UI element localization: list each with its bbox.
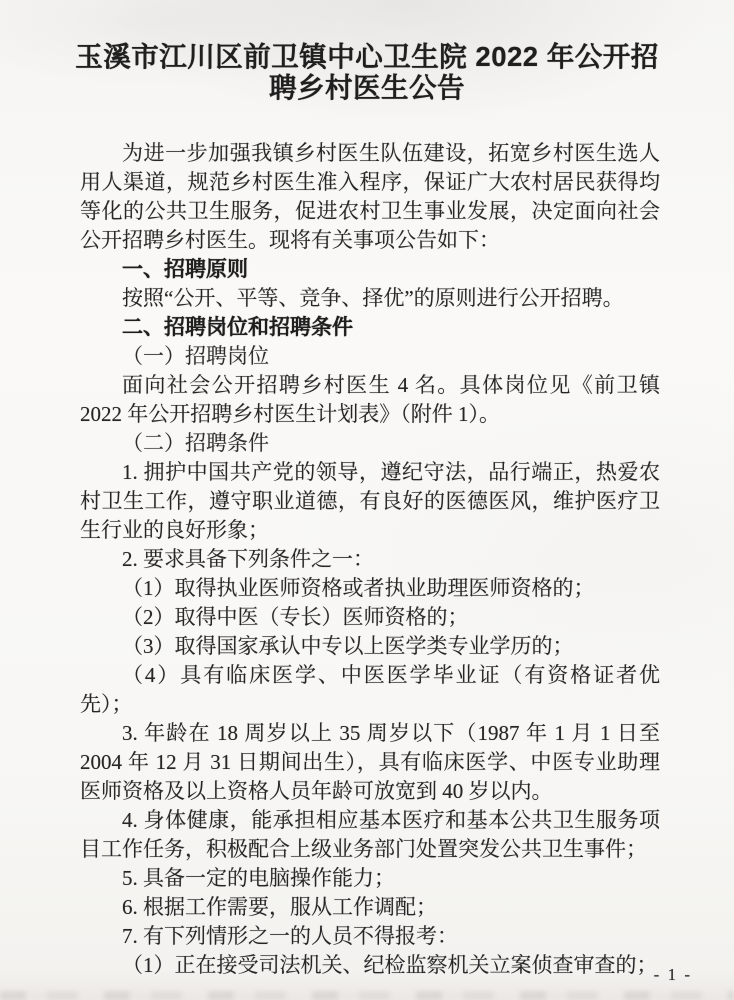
paragraph-body: 面向社会公开招聘乡村医生 4 名。具体岗位见《前卫镇 2022 年公开招聘乡村医…	[80, 371, 660, 429]
document-title-line-2: 聘乡村医生公告	[40, 72, 694, 103]
document-body: 为进一步加强我镇乡村医生队伍建设，拓宽乡村医生选人用人渠道，规范乡村医生准入程序…	[80, 139, 660, 980]
paragraph-body: 5. 具备一定的电脑操作能力；	[80, 864, 660, 893]
paragraph-body: 7. 有下列情形之一的人员不得报考：	[80, 922, 660, 951]
paragraph-body: 为进一步加强我镇乡村医生队伍建设，拓宽乡村医生选人用人渠道，规范乡村医生准入程序…	[80, 139, 660, 255]
scanned-document-page: 玉溪市江川区前卫镇中心卫生院 2022 年公开招 聘乡村医生公告 为进一步加强我…	[0, 0, 734, 1000]
paragraph-body: 6. 根据工作需要，服从工作调配；	[80, 893, 660, 922]
paragraph-subheading: （一）招聘岗位	[80, 342, 660, 371]
paragraph-body: （2）取得中医（专长）医师资格的；	[80, 603, 660, 632]
paragraph-body: 3. 年龄在 18 周岁以上 35 周岁以下（1987 年 1 月 1 日至 2…	[80, 719, 660, 806]
paragraph-subheading: （二）招聘条件	[80, 429, 660, 458]
paragraph-body: 4. 身体健康，能承担相应基本医疗和基本公共卫生服务项目工作任务，积极配合上级业…	[80, 806, 660, 864]
paragraph-body: 按照“公开、平等、竞争、择优”的原则进行公开招聘。	[80, 284, 660, 313]
paragraph-body: 1. 拥护中国共产党的领导，遵纪守法，品行端正，热爱农村卫生工作，遵守职业道德，…	[80, 458, 660, 545]
scan-bottom-edge-artifact	[0, 991, 734, 1000]
document-title: 玉溪市江川区前卫镇中心卫生院 2022 年公开招 聘乡村医生公告	[40, 41, 694, 103]
paragraph-body: 2. 要求具备下列条件之一：	[80, 545, 660, 574]
paragraph-heading: 二、招聘岗位和招聘条件	[80, 313, 660, 342]
paragraph-body: （1）取得执业医师资格或者执业助理医师资格的；	[80, 574, 660, 603]
paragraph-body: （3）取得国家承认中专以上医学类专业学历的；	[80, 632, 660, 661]
page-number: - 1 -	[654, 965, 692, 985]
paragraph-heading: 一、招聘原则	[80, 255, 660, 284]
document-title-line-1: 玉溪市江川区前卫镇中心卫生院 2022 年公开招	[40, 41, 694, 72]
paragraph-body: （1）正在接受司法机关、纪检监察机关立案侦查审查的；	[80, 951, 660, 980]
paragraph-body: （4）具有临床医学、中医医学毕业证（有资格证者优先）；	[80, 661, 660, 719]
